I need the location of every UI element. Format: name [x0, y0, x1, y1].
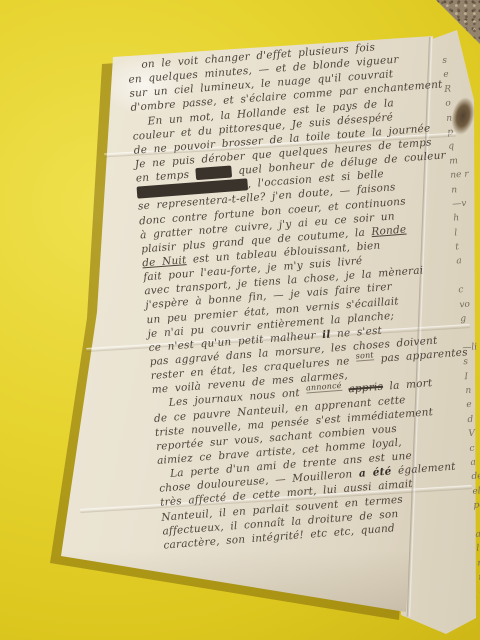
letter-segment-u: Ronde: [371, 223, 407, 238]
letter-segment: la mort: [383, 377, 433, 393]
letter-segment-u: de Nuit: [142, 254, 187, 269]
edge-fragment: lu: [476, 542, 480, 559]
letter-segment-bold: a été: [358, 466, 391, 480]
letter-segment-scribble: ———: [195, 166, 232, 181]
letter-text: on le voit changer d'effet plusieurs foi…: [127, 36, 480, 553]
letter-segment-strike: appris: [348, 381, 383, 396]
letter-segment-ins: sont: [355, 350, 374, 361]
letter-segment-ins: annoncé: [306, 381, 342, 394]
photo-of-letter: seRonpqmne rn—vhltacvog—lisInedVcadeelpo…: [0, 0, 480, 640]
letter-segment: ne s'est: [330, 324, 382, 340]
